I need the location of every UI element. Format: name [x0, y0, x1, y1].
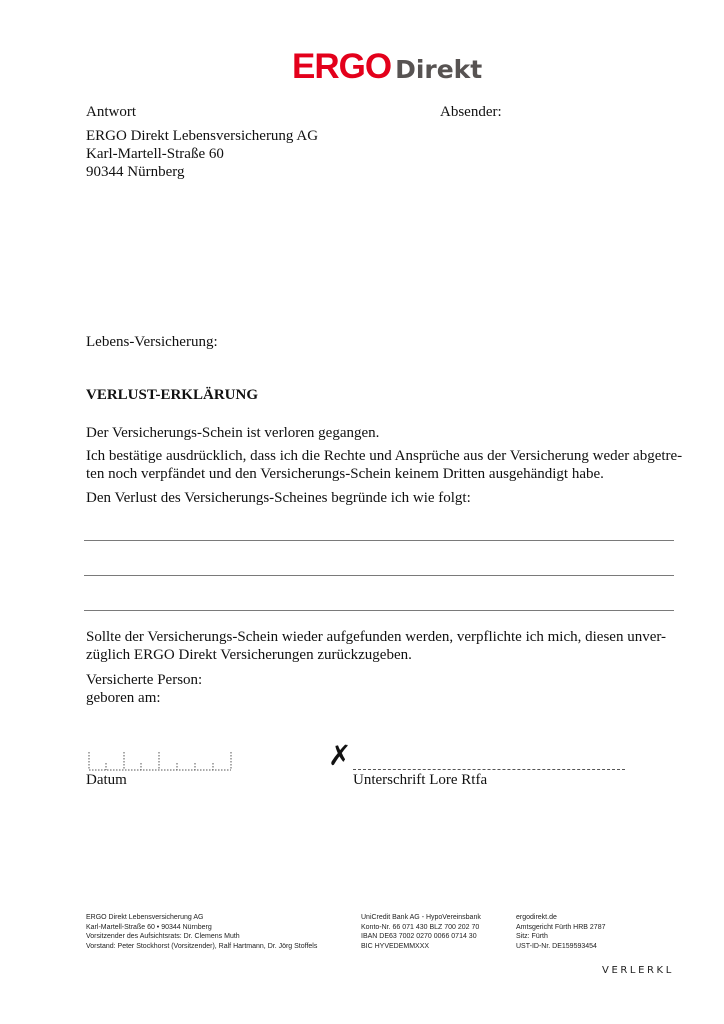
- reason-line-2[interactable]: [84, 575, 674, 576]
- paragraph-lost: Der Versicherungs-Schein ist verloren ge…: [86, 424, 379, 442]
- logo-direkt: Direkt: [395, 53, 482, 87]
- footer-line: Karl-Martell-Straße 60 • 90344 Nürnberg: [86, 923, 317, 933]
- signature-label: Unterschrift Lore Rtfa: [353, 771, 487, 789]
- footer-website: ergodirekt.de: [516, 913, 605, 923]
- date-comb-boxes: [88, 750, 233, 772]
- footer-line: Konto-Nr. 66 071 430 BLZ 700 202 70: [361, 923, 481, 933]
- policy-label: Lebens-Versicherung:: [86, 333, 218, 351]
- recipient-city: 90344 Nürnberg: [86, 163, 318, 181]
- insured-person-label: Versicherte Person:: [86, 671, 202, 689]
- footer-bank-info: UniCredit Bank AG - HypoVereinsbank Kont…: [361, 913, 481, 951]
- footer-line: UniCredit Bank AG - HypoVereinsbank: [361, 913, 481, 923]
- footer-line: BIC HYVEDEMMXXX: [361, 942, 481, 952]
- footer-line: ERGO Direkt Lebensversicherung AG: [86, 913, 317, 923]
- footer-line: Sitz: Fürth: [516, 932, 605, 942]
- reply-label: Antwort: [86, 103, 136, 121]
- footer-line: Vorsitzender des Aufsichtsrats: Dr. Clem…: [86, 932, 317, 942]
- recipient-street: Karl-Martell-Straße 60: [86, 145, 318, 163]
- paragraph-return-line1: Sollte der Versicherungs-Schein wieder a…: [86, 628, 666, 646]
- paragraph-confirm-line1: Ich bestätige ausdrücklich, dass ich die…: [86, 447, 682, 465]
- x-mark-icon: ✗: [328, 741, 351, 771]
- form-title: VERLUST-ERKLÄRUNG: [86, 386, 258, 404]
- ergo-direkt-logo: ERGO Direkt: [292, 50, 482, 84]
- paragraph-return-line2: züglich ERGO Direkt Versicherungen zurüc…: [86, 646, 412, 664]
- footer-line: Vorstand: Peter Stockhorst (Vorsitzender…: [86, 942, 317, 952]
- recipient-company: ERGO Direkt Lebensversicherung AG: [86, 127, 318, 145]
- footer-line: UST-ID-Nr. DE159593454: [516, 942, 605, 952]
- footer-line: Amtsgericht Fürth HRB 2787: [516, 923, 605, 933]
- reason-prompt: Den Verlust des Versicherungs-Scheines b…: [86, 489, 471, 507]
- footer-line: IBAN DE63 7002 0270 0066 0714 30: [361, 932, 481, 942]
- paragraph-confirm-line2: ten noch verpfändet und den Versicherung…: [86, 465, 604, 483]
- footer-legal-info: ergodirekt.de Amtsgericht Fürth HRB 2787…: [516, 913, 605, 951]
- signature-line[interactable]: [353, 769, 625, 770]
- date-field[interactable]: [88, 750, 231, 770]
- form-code: VERLERKL: [602, 965, 674, 976]
- reason-line-1[interactable]: [84, 540, 674, 541]
- footer-company-info: ERGO Direkt Lebensversicherung AG Karl-M…: [86, 913, 317, 951]
- recipient-address: ERGO Direkt Lebensversicherung AG Karl-M…: [86, 127, 318, 181]
- reason-line-3[interactable]: [84, 610, 674, 611]
- birth-date-label: geboren am:: [86, 689, 161, 707]
- sender-label: Absender:: [440, 103, 502, 121]
- logo-ergo: ERGO: [292, 50, 391, 84]
- date-label: Datum: [86, 771, 127, 789]
